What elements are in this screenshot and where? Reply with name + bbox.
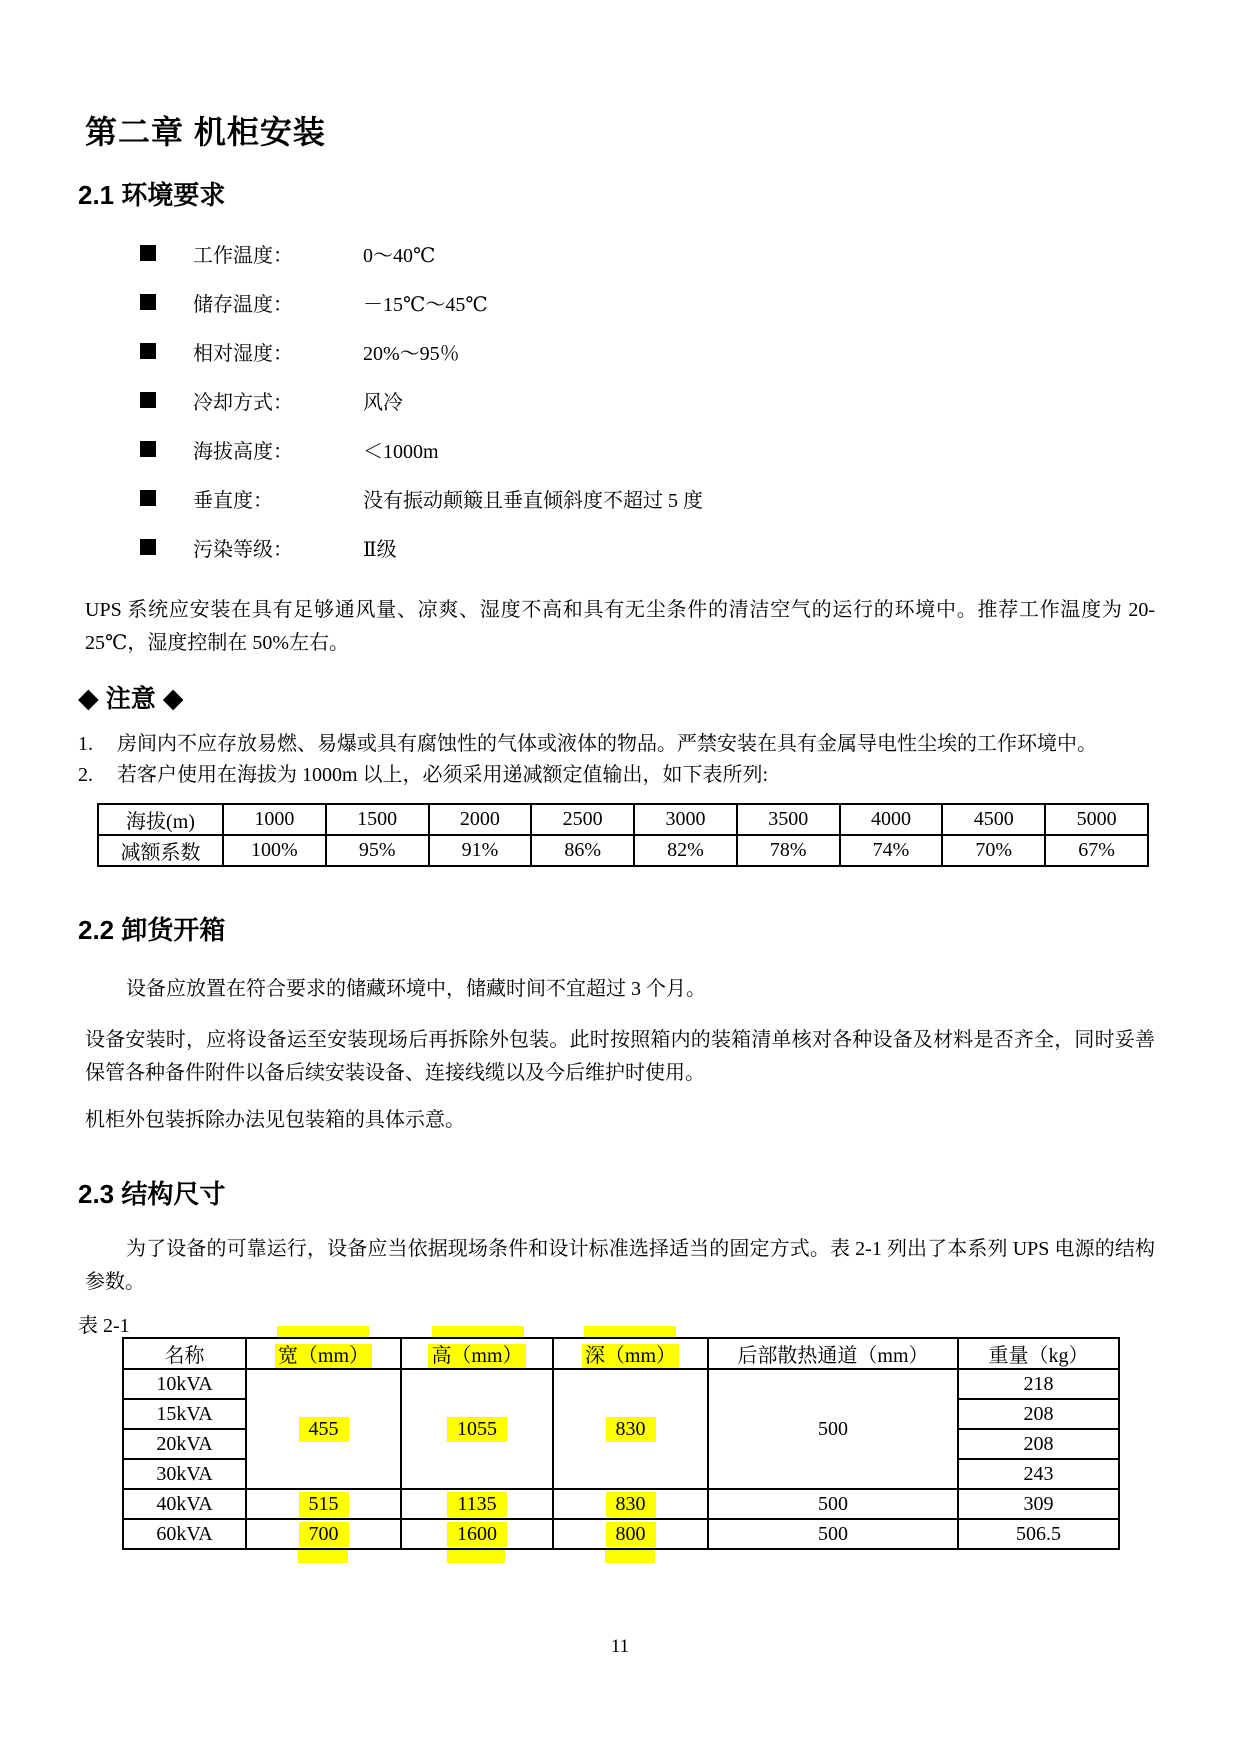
depth-cell: 800 (553, 1519, 708, 1549)
weight-cell: 506.5 (958, 1519, 1119, 1549)
square-bullet-icon (140, 539, 156, 555)
table-cell: 70% (942, 835, 1045, 866)
diamond-icon: ◆ (78, 683, 99, 713)
weight-cell: 208 (958, 1429, 1119, 1459)
channel-cell: 500 (708, 1519, 958, 1549)
list-number: 1. (78, 729, 93, 760)
highlighted-text: 宽（mm） (275, 1344, 372, 1368)
bullet-label: 相对湿度： (193, 337, 363, 366)
highlighted-value: 800 (606, 1522, 656, 1547)
table-cell: 2500 (531, 804, 634, 835)
table-row: 10kVA 455 1055 830 500 218 (123, 1369, 1119, 1399)
highlighted-value: 1600 (447, 1522, 507, 1547)
table-cell: 95% (326, 835, 429, 866)
bullet-label: 储存温度： (193, 288, 363, 317)
table-cell: 78% (737, 835, 840, 866)
table-cell: 2000 (429, 804, 532, 835)
square-bullet-icon (140, 490, 156, 506)
section-heading-2-1: 2.1 环境要求 (78, 178, 1155, 212)
note-heading-label: 注意 (106, 685, 156, 713)
table-cell: 3500 (737, 804, 840, 835)
bullet-label: 污染等级： (193, 533, 363, 562)
square-bullet-icon (140, 294, 156, 310)
table-cell: 67% (1045, 835, 1148, 866)
column-header: 宽（mm） (246, 1338, 401, 1369)
bullet-value: －15℃～45℃ (363, 288, 488, 317)
table-cell: 1500 (326, 804, 429, 835)
dimension-table-wrapper: 名称 宽（mm） 高（mm） 深（mm） 后部散热通道（mm） 重量（kg） 1… (122, 1337, 1118, 1550)
highlighted-value: 515 (299, 1492, 349, 1517)
model-cell: 60kVA (123, 1519, 246, 1549)
depth-cell: 830 (553, 1489, 708, 1519)
column-header: 深（mm） (553, 1338, 708, 1369)
chapter-title: 第二章 机柜安装 (85, 112, 1155, 152)
height-cell: 1135 (401, 1489, 553, 1519)
merged-height-cell: 1055 (401, 1369, 553, 1489)
table-cell: 74% (840, 835, 943, 866)
note-heading: ◆ 注意 ◆ (78, 682, 1155, 715)
channel-cell: 500 (708, 1489, 958, 1519)
table-header-row: 名称 宽（mm） 高（mm） 深（mm） 后部散热通道（mm） 重量（kg） (123, 1338, 1119, 1369)
bullet-value: 20%～95％ (363, 337, 460, 366)
dimension-intro-paragraph: 为了设备的可靠运行，设备应当依据现场条件和设计标准选择适当的固定方式。表 2-1… (85, 1233, 1155, 1299)
column-header: 重量（kg） (958, 1338, 1119, 1369)
list-item: 1. 房间内不应存放易燃、易爆或具有腐蚀性的气体或液体的物品。严禁安装在具有金属… (85, 729, 1155, 760)
table-row: 减额系数 100% 95% 91% 86% 82% 78% 74% 70% 67… (98, 835, 1148, 866)
bullet-label: 工作温度： (193, 239, 363, 268)
bullet-value: 风冷 (363, 386, 403, 415)
page-content: 第二章 机柜安装 2.1 环境要求 工作温度： 0～40℃ 储存温度： －15℃… (0, 112, 1240, 1550)
highlight-mark (447, 1550, 505, 1563)
highlighted-value: 830 (606, 1492, 656, 1517)
bullet-value: ＜1000m (363, 435, 439, 464)
note-text: 房间内不应存放易燃、易爆或具有腐蚀性的气体或液体的物品。严禁安装在具有金属导电性… (117, 733, 1097, 755)
table-cell: 100% (223, 835, 326, 866)
table-cell: 5000 (1045, 804, 1148, 835)
storage-paragraph: 设备应放置在符合要求的储藏环境中，储藏时间不宜超过 3 个月。 (85, 973, 1155, 1006)
table-row: 40kVA 515 1135 830 500 309 (123, 1489, 1119, 1519)
packaging-removal-paragraph: 机柜外包装拆除办法见包装箱的具体示意。 (85, 1104, 1155, 1137)
merged-width-cell: 455 (246, 1369, 401, 1489)
highlighted-value: 1055 (447, 1417, 507, 1442)
highlight-mark (605, 1550, 655, 1563)
table-row: 海拔(m) 1000 1500 2000 2500 3000 3500 4000… (98, 804, 1148, 835)
bullet-value: 没有振动颠簸且垂直倾斜度不超过 5 度 (363, 484, 703, 513)
highlight-mark (298, 1550, 348, 1563)
table-cell: 1000 (223, 804, 326, 835)
list-item: 工作温度： 0～40℃ (85, 242, 1155, 264)
bullet-value: 0～40℃ (363, 239, 435, 268)
list-item: 储存温度： －15℃～45℃ (85, 291, 1155, 313)
column-header: 后部散热通道（mm） (708, 1338, 958, 1369)
highlight-mark (277, 1326, 369, 1337)
list-item: 污染等级： Ⅱ级 (85, 536, 1155, 558)
table-cell: 91% (429, 835, 532, 866)
altitude-derating-table: 海拔(m) 1000 1500 2000 2500 3000 3500 4000… (97, 803, 1149, 867)
square-bullet-icon (140, 441, 156, 457)
bullet-value: Ⅱ级 (363, 533, 397, 562)
width-cell: 700 (246, 1519, 401, 1549)
highlighted-value: 1135 (447, 1492, 506, 1517)
table-cell: 82% (634, 835, 737, 866)
highlighted-value: 700 (299, 1522, 349, 1547)
list-number: 2. (78, 760, 93, 791)
bullet-label: 海拔高度： (193, 435, 363, 464)
table-cell: 3000 (634, 804, 737, 835)
highlighted-value: 830 (606, 1417, 656, 1442)
note-list: 1. 房间内不应存放易燃、易爆或具有腐蚀性的气体或液体的物品。严禁安装在具有金属… (85, 729, 1155, 791)
highlighted-text: 深（mm） (582, 1344, 679, 1368)
model-cell: 30kVA (123, 1459, 246, 1489)
model-cell: 20kVA (123, 1429, 246, 1459)
highlight-mark (432, 1326, 524, 1337)
list-item: 垂直度： 没有振动颠簸且垂直倾斜度不超过 5 度 (85, 487, 1155, 509)
merged-channel-cell: 500 (708, 1369, 958, 1489)
list-item: 2. 若客户使用在海拔为 1000m 以上，必须采用递减额定值输出，如下表所列: (85, 760, 1155, 791)
environment-requirements-list: 工作温度： 0～40℃ 储存温度： －15℃～45℃ 相对湿度： 20%～95％… (85, 242, 1155, 558)
page-number: 11 (0, 1636, 1240, 1658)
column-header: 名称 (123, 1338, 246, 1369)
diamond-icon: ◆ (163, 683, 184, 713)
env-recommendation-paragraph: UPS 系统应安装在具有足够通风量、凉爽、湿度不高和具有无尘条件的清洁空气的运行… (85, 594, 1155, 660)
table-cell: 4000 (840, 804, 943, 835)
weight-cell: 208 (958, 1399, 1119, 1429)
dimension-table: 名称 宽（mm） 高（mm） 深（mm） 后部散热通道（mm） 重量（kg） 1… (122, 1337, 1120, 1550)
model-cell: 40kVA (123, 1489, 246, 1519)
table-cell: 86% (531, 835, 634, 866)
list-item: 相对湿度： 20%～95％ (85, 340, 1155, 362)
bullet-label: 冷却方式： (193, 386, 363, 415)
width-cell: 515 (246, 1489, 401, 1519)
square-bullet-icon (140, 245, 156, 261)
weight-cell: 243 (958, 1459, 1119, 1489)
merged-depth-cell: 830 (553, 1369, 708, 1489)
list-item: 海拔高度： ＜1000m (85, 438, 1155, 460)
square-bullet-icon (140, 392, 156, 408)
height-cell: 1600 (401, 1519, 553, 1549)
section-heading-2-3: 2.3 结构尺寸 (78, 1177, 1155, 1211)
highlighted-text: 高（mm） (428, 1344, 525, 1368)
weight-cell: 309 (958, 1489, 1119, 1519)
list-item: 冷却方式： 风冷 (85, 389, 1155, 411)
note-text: 若客户使用在海拔为 1000m 以上，必须采用递减额定值输出，如下表所列: (117, 764, 768, 786)
highlighted-value: 455 (299, 1417, 349, 1442)
model-cell: 15kVA (123, 1399, 246, 1429)
square-bullet-icon (140, 343, 156, 359)
column-header: 高（mm） (401, 1338, 553, 1369)
highlight-mark (584, 1326, 676, 1337)
table-header-cell: 减额系数 (98, 835, 223, 866)
unpacking-paragraph: 设备安装时，应将设备运至安装现场后再拆除外包装。此时按照箱内的装箱清单核对各种设… (85, 1024, 1155, 1090)
table-header-cell: 海拔(m) (98, 804, 223, 835)
section-heading-2-2: 2.2 卸货开箱 (78, 913, 1155, 947)
model-cell: 10kVA (123, 1369, 246, 1399)
weight-cell: 218 (958, 1369, 1119, 1399)
bullet-label: 垂直度： (193, 484, 363, 513)
document-page: 第二章 机柜安装 2.1 环境要求 工作温度： 0～40℃ 储存温度： －15℃… (0, 0, 1240, 1754)
table-row: 60kVA 700 1600 800 500 506.5 (123, 1519, 1119, 1549)
table-cell: 4500 (942, 804, 1045, 835)
